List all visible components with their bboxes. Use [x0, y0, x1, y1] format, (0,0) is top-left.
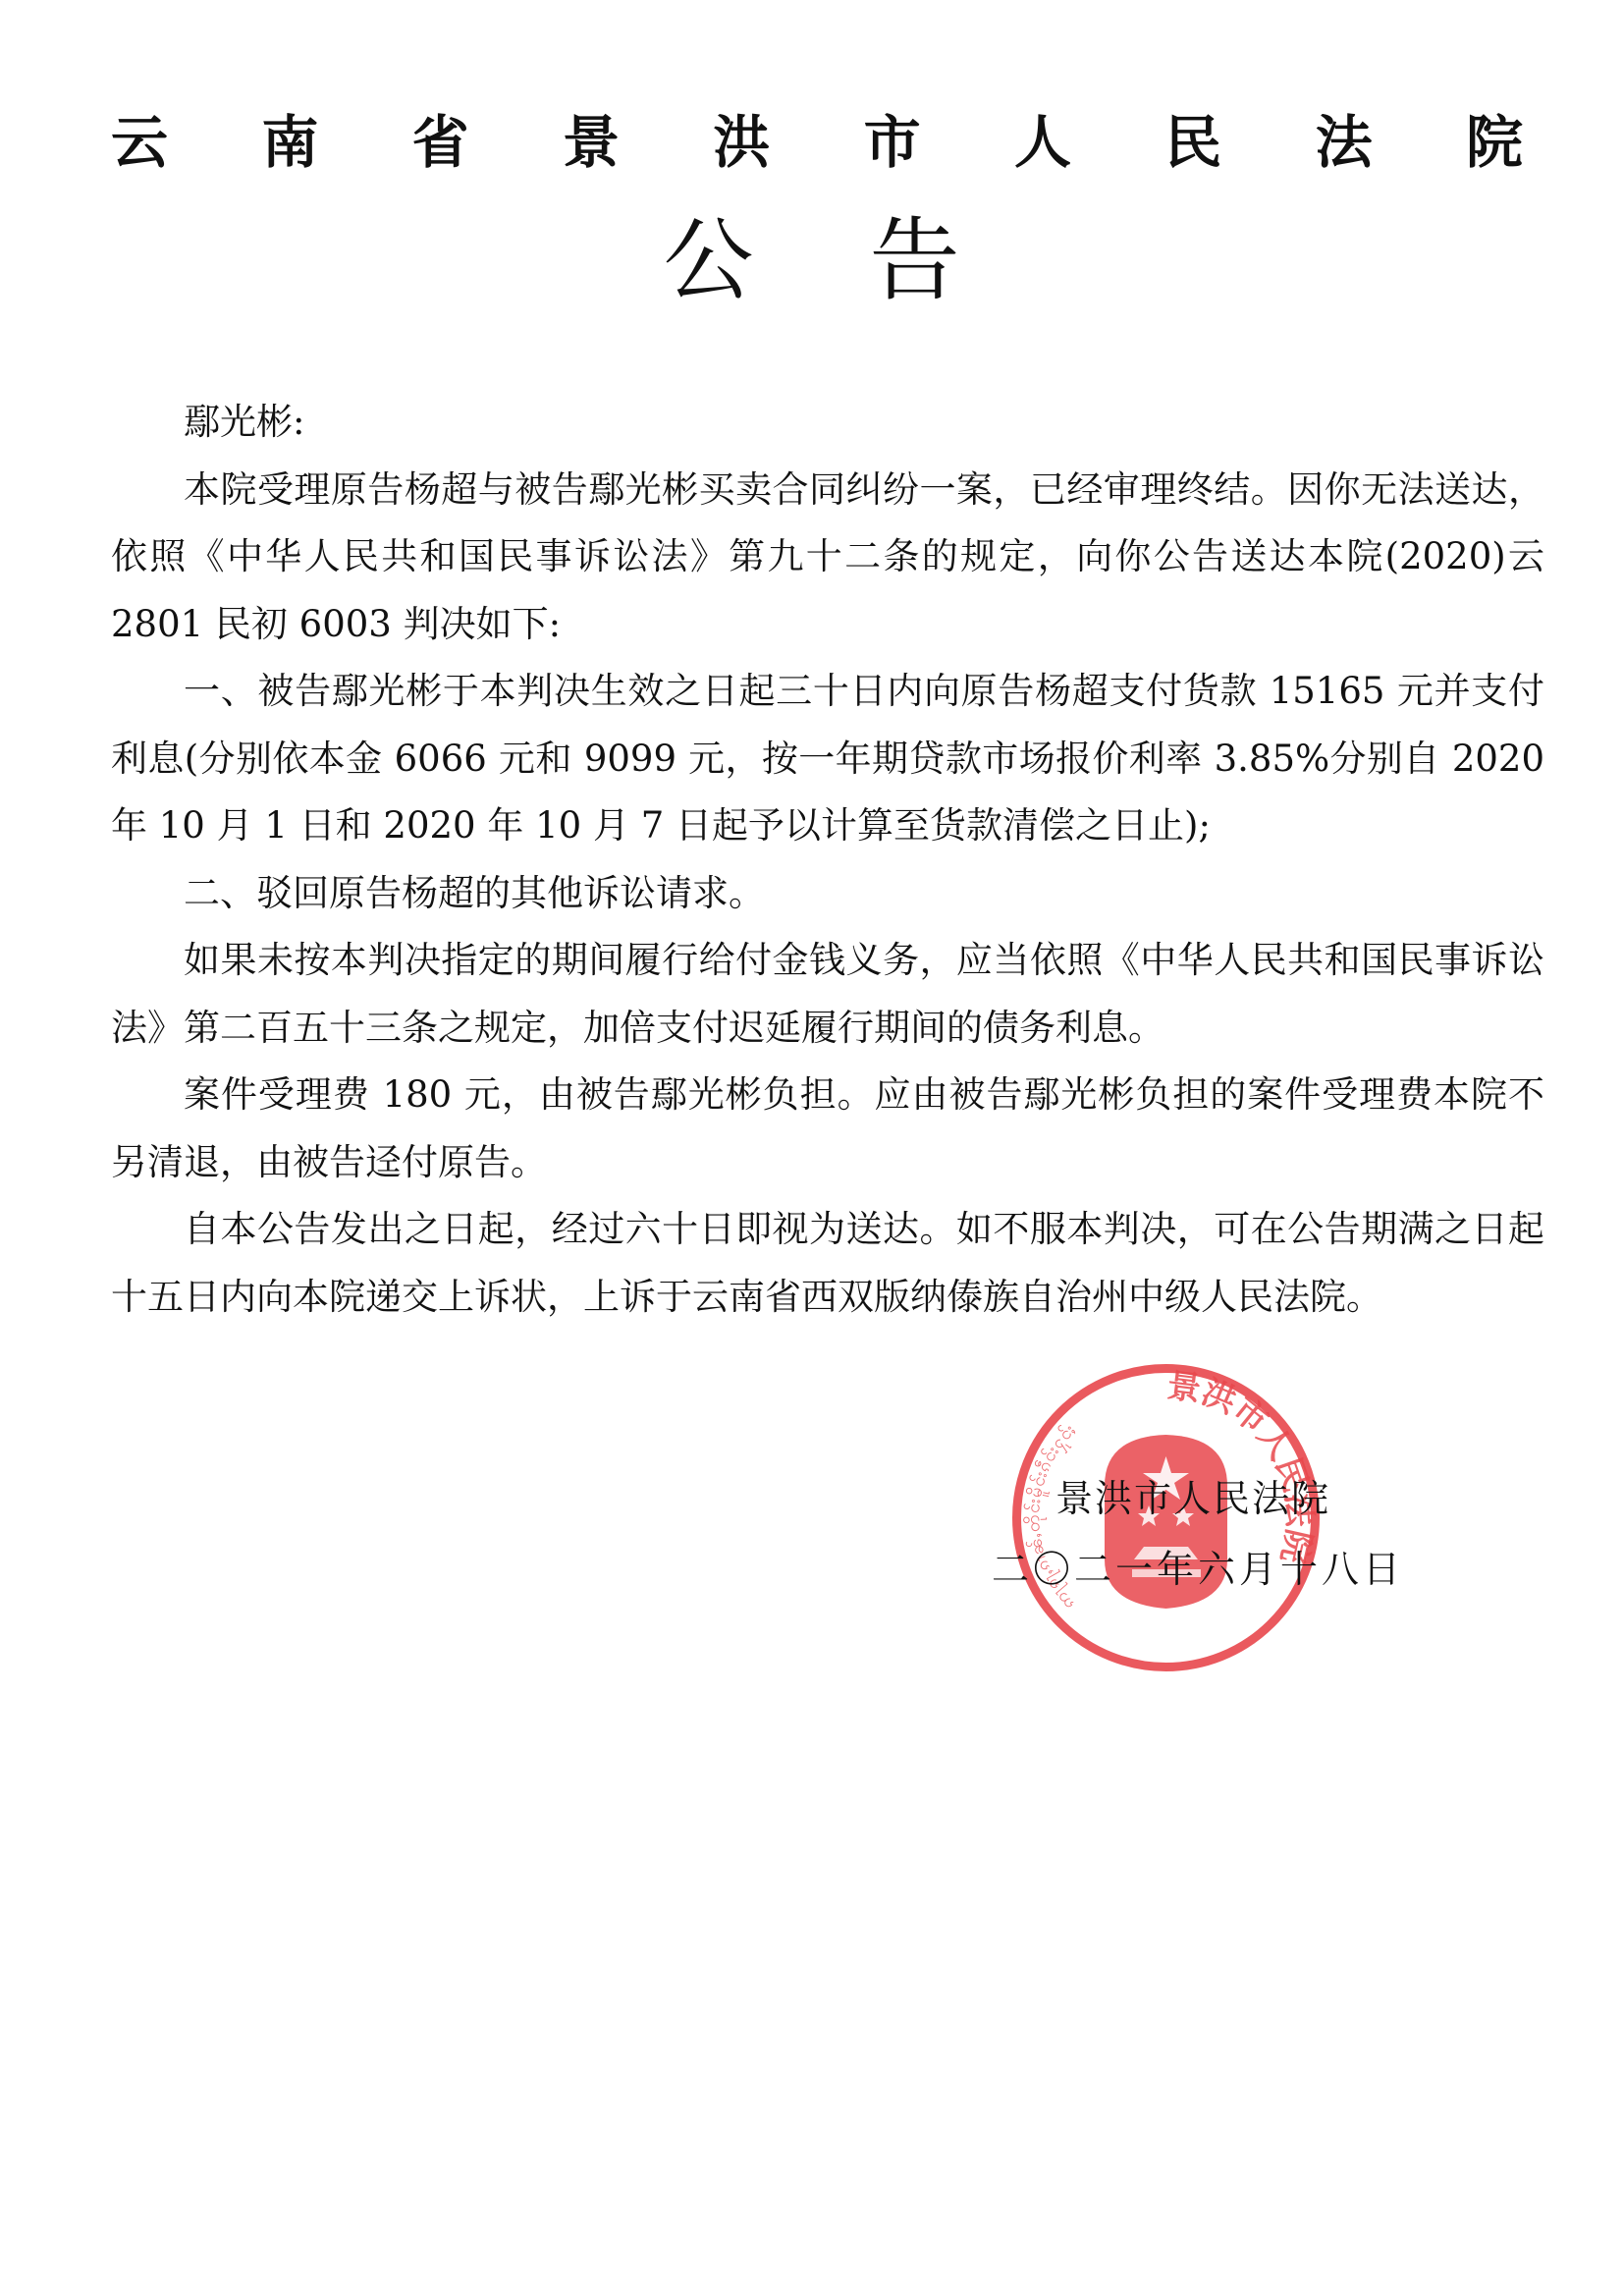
court-name-char: 民	[1163, 96, 1222, 179]
paragraph-judgment-2: 二、驳回原告杨超的其他诉讼请求。	[111, 860, 1544, 928]
doc-title-char: 公	[663, 189, 753, 297]
signature-block: 景洪市人民法院 二〇二一年六月十八日	[992, 1463, 1404, 1605]
paragraph-court-fee: 案件受理费 180 元，由被告鄢光彬负担。应由被告鄢光彬负担的案件受理费本院不另…	[111, 1062, 1544, 1196]
notice-body: 鄢光彬: 本院受理原告杨超与被告鄢光彬买卖合同纠纷一案，已经审理终结。因你无法送…	[111, 389, 1544, 1331]
addressee: 鄢光彬:	[111, 389, 1544, 457]
court-name-char: 市	[863, 96, 922, 179]
document-title: 公 告	[0, 189, 1623, 297]
paragraph-late-interest: 如果未按本判决指定的期间履行给付金钱义务，应当依照《中华人民共和国民事诉讼法》第…	[111, 927, 1544, 1062]
signature-court: 景洪市人民法院	[992, 1463, 1404, 1534]
court-name-char: 景	[562, 96, 621, 179]
doc-title-char: 告	[870, 189, 960, 297]
paragraph-judgment-1: 一、被告鄢光彬于本判决生效之日起三十日内向原告杨超支付货款 15165 元并支付…	[111, 658, 1544, 860]
court-name-char: 省	[411, 96, 470, 179]
court-name-heading: 云 南 省 景 洪 市 人 民 法 院	[110, 98, 1524, 177]
paragraph-appeal: 自本公告发出之日起，经过六十日即视为送达。如不服本判决，可在公告期满之日起十五日…	[111, 1196, 1544, 1331]
court-name-char: 云	[110, 96, 169, 179]
signature-date: 二〇二一年六月十八日	[992, 1534, 1404, 1605]
court-name-char: 人	[1013, 96, 1072, 179]
court-name-char: 法	[1315, 96, 1374, 179]
paragraph-intro: 本院受理原告杨超与被告鄢光彬买卖合同纠纷一案，已经审理终结。因你无法送达，依照《…	[111, 457, 1544, 659]
court-name-char: 洪	[712, 96, 771, 179]
court-name-char: 院	[1465, 96, 1524, 179]
court-name-char: 南	[260, 96, 319, 179]
